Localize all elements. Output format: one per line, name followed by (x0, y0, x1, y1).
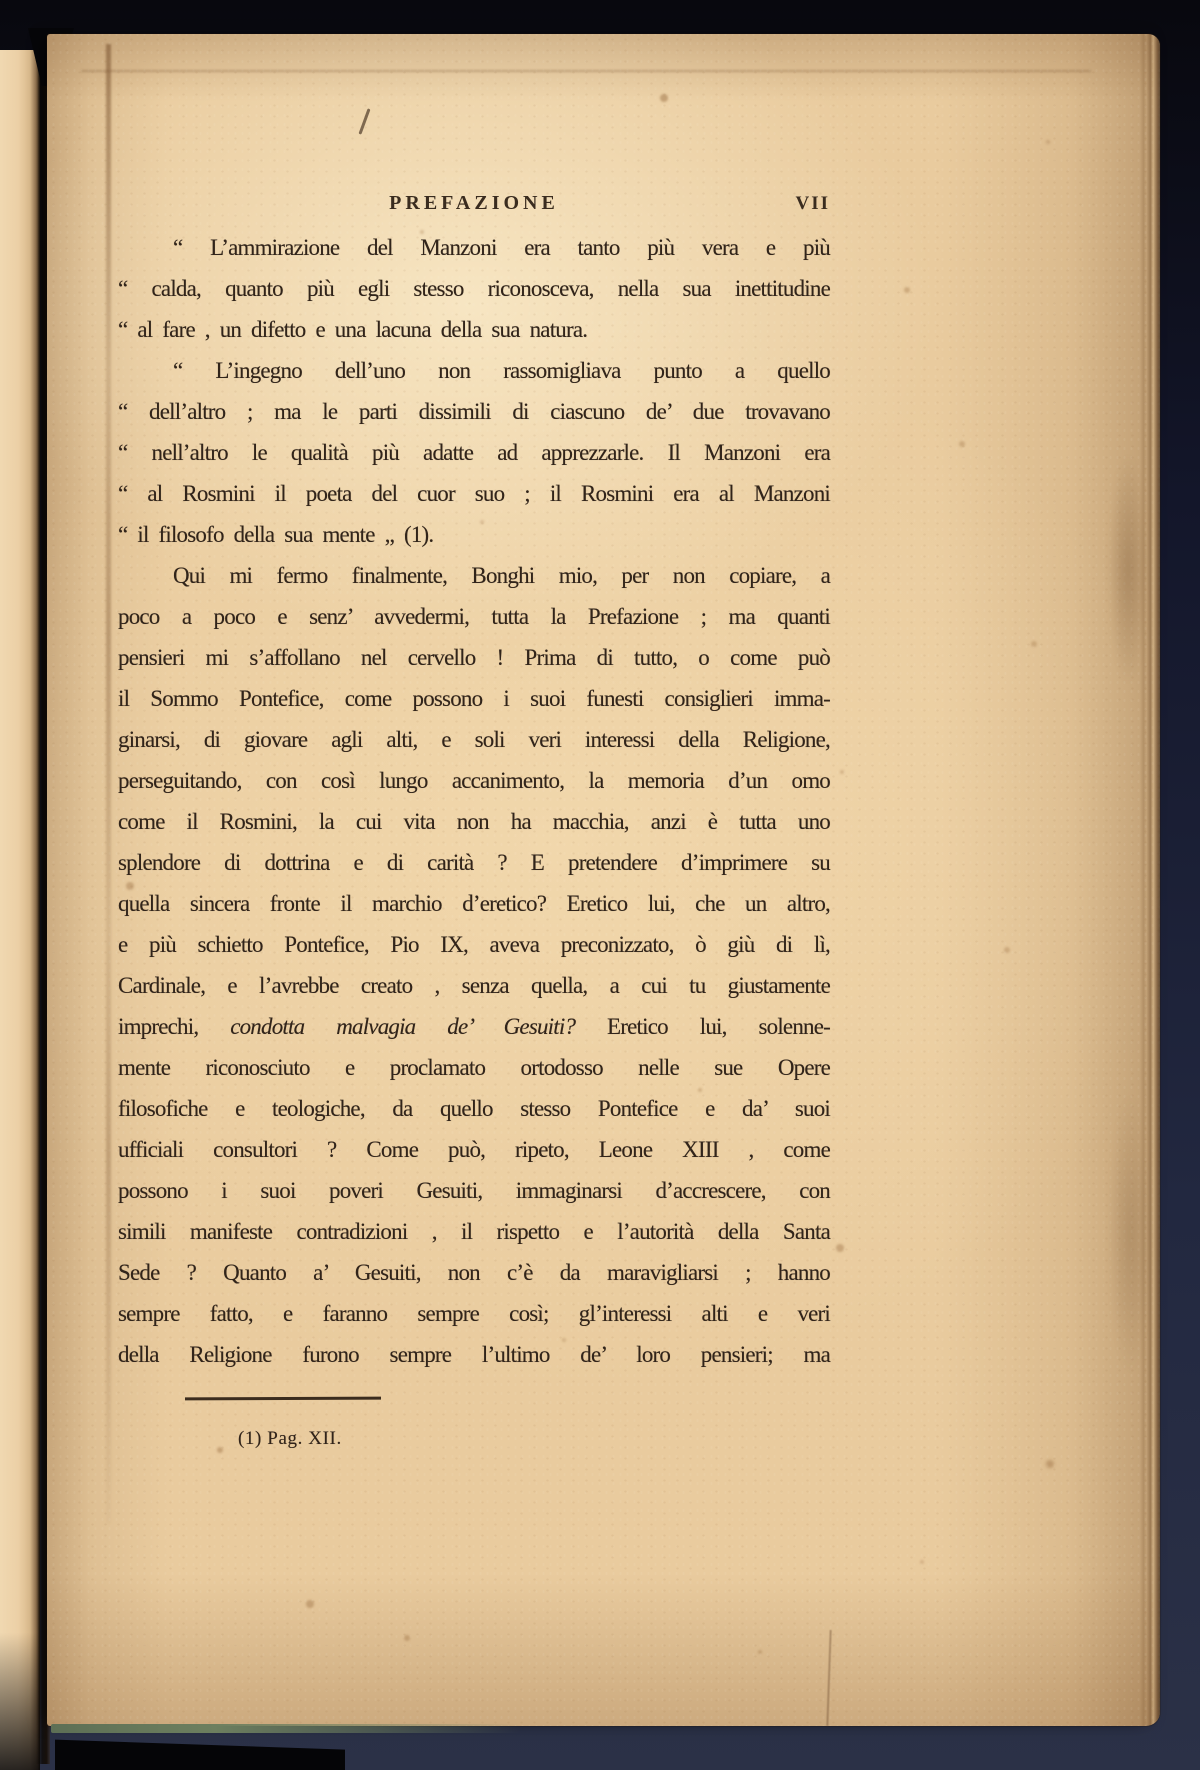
text-line: e più schietto Pontefice, Pio IX, aveva … (118, 924, 830, 965)
text-line: “ al Rosmini il poeta del cuor suo ; il … (118, 473, 830, 514)
text-line: “ calda, quanto più egli stesso riconosc… (118, 268, 830, 309)
text-line: perseguitando, con così lungo accaniment… (118, 760, 830, 801)
page-number: VII (795, 193, 830, 215)
stain-smudge (1108, 454, 1148, 684)
text-run: e più schietto Pontefice, Pio IX, aveva … (118, 932, 830, 957)
text-line: Sede ? Quanto a’ Gesuiti, non c’è da mar… (118, 1252, 830, 1293)
text-run: Cardinale, e l’avrebbe creato , senza qu… (118, 973, 830, 998)
text-line: poco a poco e senz’ avvedermi, tutta la … (118, 596, 830, 637)
text-run: al fare , un difetto e una lacuna della … (137, 317, 587, 342)
footnote-rule (185, 1397, 381, 1400)
text-line: ginarsi, di giovare agli alti, e soli ve… (118, 719, 830, 760)
quote-mark: “ (118, 522, 127, 547)
text-line: pensieri mi s’affollano nel cervello ! P… (118, 637, 830, 678)
text-line: ufficiali consultori ? Come può, ripeto,… (118, 1129, 830, 1170)
running-title: PREFAZIONE (118, 192, 830, 215)
gutter-crease-line (106, 44, 111, 1524)
text-line: “ al fare , un difetto e una lacuna dell… (118, 309, 830, 350)
text-line: “ L’ammirazione del Manzoni era tanto pi… (118, 227, 830, 268)
text-line: quella sincera fronte il marchio d’ereti… (118, 883, 830, 924)
text-line: della Religione furono sempre l’ultimo d… (118, 1334, 830, 1375)
text-run: L’ingegno dell’uno non rassomigliava pun… (215, 358, 830, 383)
page-edge-stack (1140, 34, 1160, 1726)
text-run: Sede ? Quanto a’ Gesuiti, non c’è da mar… (118, 1260, 830, 1285)
running-head: PREFAZIONE VII (118, 192, 830, 220)
text-run: sempre fatto, e faranno sempre così; gl’… (118, 1301, 830, 1326)
text-line: splendore di dottrina e di carità ? E pr… (118, 842, 830, 883)
text-run: ginarsi, di giovare agli alti, e soli ve… (118, 727, 830, 752)
text-line: “ il filosofo della sua mente „ (1). (118, 514, 830, 555)
text-line: “ nell’altro le qualità più adatte ad ap… (118, 432, 830, 473)
text-run: come il Rosmini, la cui vita non ha macc… (118, 809, 830, 834)
book-page-scan: PREFAZIONE VII “ L’ammirazione del Manzo… (47, 34, 1160, 1726)
text-run: simili manifeste contradizioni , il risp… (118, 1219, 830, 1244)
quote-mark: “ (118, 276, 127, 301)
stain-smudge (1108, 1094, 1152, 1374)
text-run: imprechi, (118, 1014, 230, 1039)
text-line: mente riconosciuto e proclamato ortodoss… (118, 1047, 830, 1088)
text-line: il Sommo Pontefice, come possono i suoi … (118, 678, 830, 719)
text-run: perseguitando, con così lungo accaniment… (118, 768, 830, 793)
text-line: Qui mi fermo finalmente, Bonghi mio, per… (118, 555, 830, 596)
text-line: sempre fatto, e faranno sempre così; gl’… (118, 1293, 830, 1334)
footnote: (1) Pag. XII. (238, 1428, 342, 1450)
quote-mark: “ (118, 317, 127, 342)
text-run: possono i suoi poveri Gesuiti, immaginar… (118, 1178, 830, 1203)
quote-mark: “ (173, 235, 182, 260)
bottom-left-shadow (55, 1733, 345, 1770)
text-run: pensieri mi s’affollano nel cervello ! P… (118, 645, 830, 670)
text-line: possono i suoi poveri Gesuiti, immaginar… (118, 1170, 830, 1211)
text-line: imprechi, condotta malvagia de’ Gesuiti?… (118, 1006, 830, 1047)
quote-mark: “ (118, 399, 127, 424)
text-column: PREFAZIONE VII “ L’ammirazione del Manzo… (118, 34, 830, 1726)
text-line: filosofiche e teologiche, da quello stes… (118, 1088, 830, 1129)
foxing-spots (47, 34, 51, 38)
text-run: L’ammirazione del Manzoni era tanto più … (210, 235, 830, 260)
text-run: Eretico lui, solenne- (575, 1014, 830, 1039)
quote-mark: “ (118, 440, 127, 465)
quote-mark: “ (118, 481, 127, 506)
text-line: “ dell’altro ; ma le parti dissimili di … (118, 391, 830, 432)
body-text: “ L’ammirazione del Manzoni era tanto pi… (118, 227, 830, 1375)
text-run: nell’altro le qualità più adatte ad appr… (152, 440, 831, 465)
text-run: ufficiali consultori ? Come può, ripeto,… (118, 1137, 830, 1162)
text-run: il Sommo Pontefice, come possono i suoi … (118, 686, 830, 711)
text-line: come il Rosmini, la cui vita non ha macc… (118, 801, 830, 842)
text-line: “ L’ingegno dell’uno non rassomigliava p… (118, 350, 830, 391)
text-run: splendore di dottrina e di carità ? E pr… (118, 850, 830, 875)
quote-mark: “ (173, 358, 182, 383)
text-run: dell’altro ; ma le parti dissimili di ci… (149, 399, 830, 424)
text-run: della Religione furono sempre l’ultimo d… (118, 1342, 830, 1367)
text-run: al Rosmini il poeta del cuor suo ; il Ro… (147, 481, 830, 506)
text-run: calda, quanto più egli stesso riconoscev… (152, 276, 830, 301)
text-run: mente riconosciuto e proclamato ortodoss… (118, 1055, 830, 1080)
text-run: filosofiche e teologiche, da quello stes… (118, 1096, 830, 1121)
facing-page-edge (0, 50, 40, 1770)
text-run: Qui mi fermo finalmente, Bonghi mio, per… (173, 563, 830, 588)
text-line: Cardinale, e l’avrebbe creato , senza qu… (118, 965, 830, 1006)
text-run: quella sincera fronte il marchio d’ereti… (118, 891, 830, 916)
italic-run: condotta malvagia de’ Gesuiti? (230, 1014, 575, 1039)
text-line: simili manifeste contradizioni , il risp… (118, 1211, 830, 1252)
text-run: poco a poco e senz’ avvedermi, tutta la … (118, 604, 830, 629)
text-run: il filosofo della sua mente „ (1). (137, 522, 433, 547)
